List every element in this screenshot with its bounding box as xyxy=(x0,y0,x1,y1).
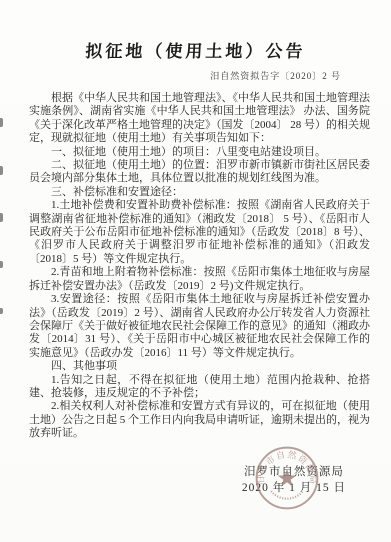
paragraph-land-compensation: 1.土地补偿费和安置补助费补偿标准：按照《湖南省人民政府关于调整湖南省征地补偿标… xyxy=(29,199,370,266)
paragraph-project: 一、拟征地（使用土地）的项目：八里变电站建设项目。 xyxy=(29,146,370,159)
paragraph-compensation-heading: 三、补偿标准和安置途径： xyxy=(29,186,370,199)
document-body: 根据《中华人民共和国土地管理法》、《中华人民共和国土地管理法实施条例》、湖南省实… xyxy=(29,92,370,441)
signature-date: 2020 年 1 月 15 日 xyxy=(242,480,346,496)
paragraph-basis: 根据《中华人民共和国土地管理法》、《中华人民共和国土地管理法实施条例》、湖南省实… xyxy=(29,92,370,146)
paragraph-crop-compensation: 2.青苗和地上附着物补偿标准：按照《岳阳市集体土地征收与房屋拆迁补偿安置办法》（… xyxy=(29,266,370,293)
paragraph-hearing-rights: 2.相关权利人对补偿标准和安置方式有异议的，可在拟征地（使用土地）公告之日起 5… xyxy=(29,400,370,440)
paragraph-location: 二、拟征地（使用土地）的位置：汨罗市新市镇新市街社区居民委员会境内部分集体土地，… xyxy=(29,159,370,186)
document-title: 拟征地（使用土地）公告 xyxy=(0,37,391,62)
paragraph-prohibitions: 1.告知之日起，不得在拟征地（使用土地）范围内抢栽种、抢搭建、抢装修，违反规定的… xyxy=(29,374,370,401)
scan-edge-artifacts xyxy=(0,0,4,542)
notice-document: 拟征地（使用土地）公告 汨自然资拟告字〔2020〕2 号 根据《中华人民共和国土… xyxy=(0,0,391,542)
signature-agency: 汨罗市自然资源局 xyxy=(242,464,346,480)
paragraph-resettlement: 3.安置途径：按照《岳阳市集体土地征收与房屋拆迁补偿安置办法》（岳政发〔2019… xyxy=(29,293,370,360)
document-number: 汨自然资拟告字〔2020〕2 号 xyxy=(0,69,391,82)
signature-block: 汨罗市自然资源局 2020 年 1 月 15 日 xyxy=(242,464,346,496)
paragraph-other-heading: 四、其他事项 xyxy=(29,360,370,373)
